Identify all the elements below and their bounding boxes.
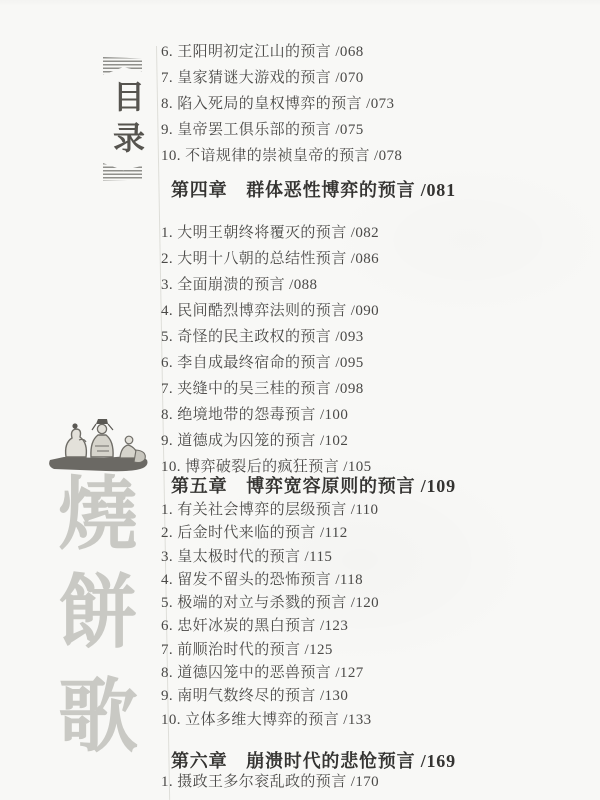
toc-entry: 6. 忠奸冰炭的黑白预言 /123 <box>161 615 581 638</box>
watermark-char: 歌 <box>52 672 144 764</box>
toc-entry: 2. 后金时代来临的预言 /112 <box>161 522 581 545</box>
toc-entry: 9. 皇帝罢工俱乐部的预言 /075 <box>161 117 581 143</box>
toc-entry: 1. 摄政王多尔衮乱政的预言 /170 <box>161 769 581 795</box>
toc-entry: 3. 全面崩溃的预言 /088 <box>161 272 581 298</box>
toc-section: 1. 大明王朝终将覆灭的预言 /082 2. 大明十八朝的总结性预言 /086 … <box>161 220 581 480</box>
chapter-heading: 第四章 群体恶性博弈的预言 /081 <box>171 176 591 202</box>
toc-entry: 6. 李自成最终宿命的预言 /095 <box>161 350 581 376</box>
banner-ornament-bottom-icon <box>103 163 142 181</box>
toc-entry: 4. 民间酷烈博弈法则的预言 /090 <box>161 298 581 324</box>
toc-entry: 8. 道德囚笼中的恶兽预言 /127 <box>161 662 581 685</box>
toc-entry: 9. 南明气数终尽的预言 /130 <box>161 685 581 708</box>
toc-section: 1. 摄政王多尔衮乱政的预言 /170 <box>161 769 581 795</box>
toc-entry: 5. 奇怪的民主政权的预言 /093 <box>161 324 581 350</box>
banner-ornament-top-icon <box>103 57 142 75</box>
toc-entry: 7. 前顺治时代的预言 /125 <box>161 639 581 662</box>
toc-entry: 1. 有关社会博弈的层级预言 /110 <box>161 499 581 522</box>
toc-entry: 3. 皇太极时代的预言 /115 <box>161 546 581 569</box>
toc-margin-label: 目录 <box>104 80 150 162</box>
watermark-char: 燒 <box>52 470 144 562</box>
toc-entry: 7. 夹缝中的吴三桂的预言 /098 <box>161 376 581 402</box>
toc-entry: 7. 皇家猜谜大游戏的预言 /070 <box>161 65 581 91</box>
toc-section: 6. 王阳明初定江山的预言 /068 7. 皇家猜谜大游戏的预言 /070 8.… <box>161 39 581 169</box>
toc-entry: 10. 立体多维大博弈的预言 /133 <box>161 709 581 732</box>
toc-entry: 2. 大明十八朝的总结性预言 /086 <box>161 246 581 272</box>
toc-page: 目录 燒 餅 歌 6. 王阳明初定江山的预言 /068 7. 皇家猜谜大游戏的预… <box>0 0 600 800</box>
toc-entry: 1. 大明王朝终将覆灭的预言 /082 <box>161 220 581 246</box>
toc-entry: 9. 道德成为囚笼的预言 /102 <box>161 428 581 454</box>
toc-entry: 10. 不谙规律的崇祯皇帝的预言 /078 <box>161 143 581 169</box>
chapter-heading: 第五章 博弈宽容原则的预言 /109 <box>171 472 591 498</box>
watermark-char: 餅 <box>52 568 144 660</box>
toc-entry: 8. 陷入死局的皇权博弈的预言 /073 <box>161 91 581 117</box>
toc-entry: 6. 王阳明初定江山的预言 /068 <box>161 39 581 65</box>
toc-section: 1. 有关社会博弈的层级预言 /110 2. 后金时代来临的预言 /112 3.… <box>161 499 581 732</box>
toc-entry: 8. 绝境地带的怨毒预言 /100 <box>161 402 581 428</box>
toc-entry: 5. 极端的对立与杀戮的预言 /120 <box>161 592 581 615</box>
toc-entry: 4. 留发不留头的恐怖预言 /118 <box>161 569 581 592</box>
